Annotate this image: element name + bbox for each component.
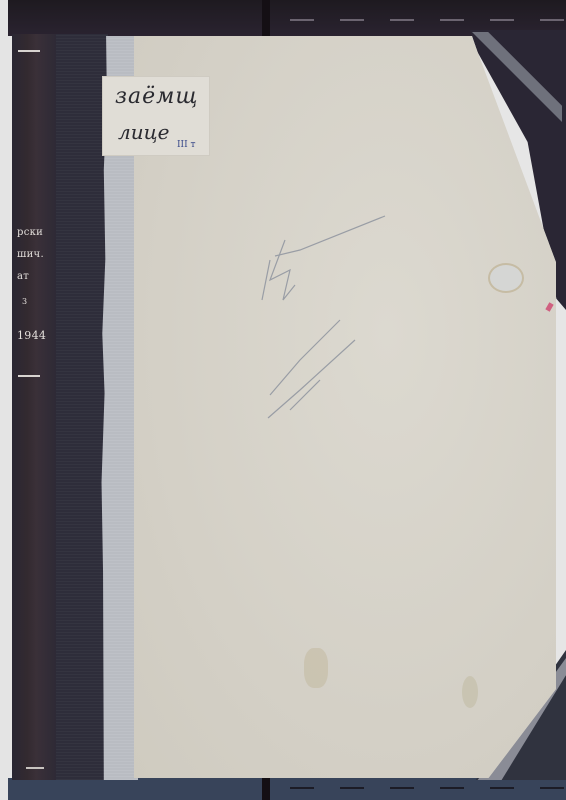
label-handwriting-line2: лице	[118, 120, 169, 144]
label-handwriting-line1: заёмщ	[115, 84, 198, 109]
pencil-scribble	[0, 0, 566, 800]
label-blue-ink-mark: III т	[177, 140, 196, 150]
